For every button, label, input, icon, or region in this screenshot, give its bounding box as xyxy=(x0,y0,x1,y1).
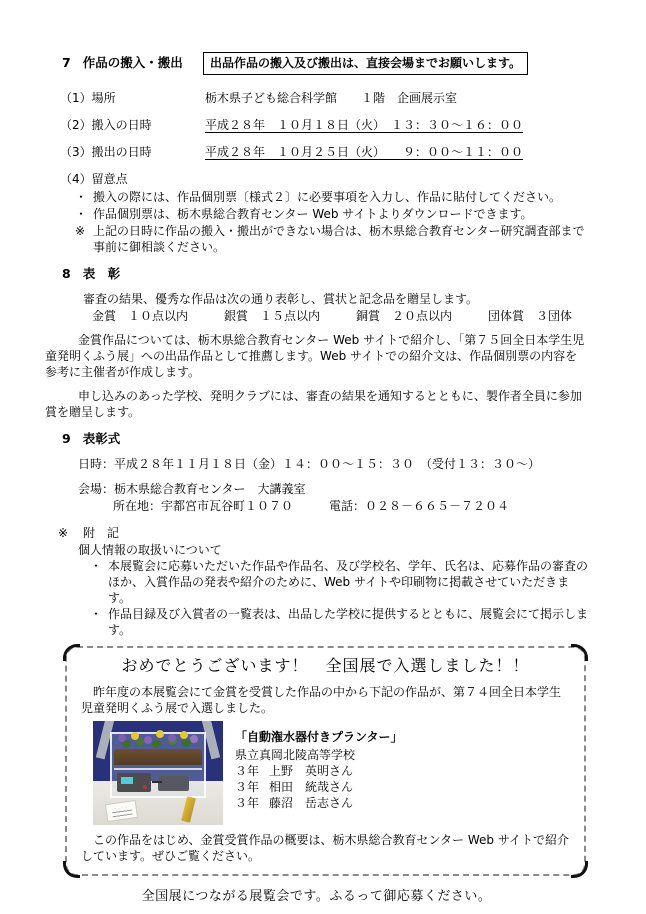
appendix-section: ※ 附 記 個人情報の取扱いについて ・ 本展覧会に応募いただいた作品や作品名、… xyxy=(45,525,588,638)
bullet-marker: ・ xyxy=(90,558,108,606)
appendix-title: 附 記 xyxy=(83,525,119,541)
planter-soil xyxy=(114,749,202,765)
box-corner-decoration xyxy=(63,644,80,661)
bullet-marker: ・ xyxy=(75,189,93,205)
member-row: ３年 相田 統哉さん xyxy=(235,779,403,795)
congratulations-box: おめでとうございます！ 全国展で入選しました！！ 昨年度の本展覧会にて金賞を受賞… xyxy=(65,646,586,876)
row-carry-in-value: 平成２８年 １０月１８日（火） １３：３０～１６：００ xyxy=(205,117,523,133)
row-carry-in: （2）搬入の日時 平成２８年 １０月１８日（火） １３：３０～１６：００ xyxy=(45,117,588,133)
ceremony-venue: 会場：栃木県総合教育センター 大講義室 xyxy=(78,481,588,497)
device-led xyxy=(143,785,147,789)
closing-message: 全国展につながる展覧会です。ふるって御応募ください。 xyxy=(45,889,588,905)
bullet-marker: ・ xyxy=(75,206,93,222)
note-item: ・ 作品個別票は、栃木県総合教育センター Web サイトよりダウンロードできます… xyxy=(75,206,588,222)
member-name: 相田 統哉さん xyxy=(269,779,353,795)
winning-work-row: 「自動潅水器付きプランター」 県立真岡北陵高等学校 ３年 上野 英明さん ３年 … xyxy=(93,721,570,825)
awards-counts: 金賞 １０点以内 銀賞 １５点以内 銅賞 ２０点以内 団体賞 ３団体 xyxy=(92,308,588,324)
note-item: ※ 上記の日時に作品の搬入・搬出ができない場合は、栃木県総合教育センター研究調査… xyxy=(75,223,588,255)
appendix-bullet: ・ 作品目録及び入賞者の一覧表は、出品した学校に提供するとともに、展覧会にて掲示… xyxy=(90,606,588,638)
congratulations-intro: 昨年度の本展覧会にて金賞を受賞した作品の中から下記の作品が、第７４回全日本学生児… xyxy=(81,684,570,716)
section-7-number: 7 xyxy=(62,55,71,71)
privacy-subtitle: 個人情報の取扱いについて xyxy=(78,542,588,558)
row-carry-out: （3）搬出の日時 平成２８年 １０月２５日（火） ９：００～１１：００ xyxy=(45,144,588,160)
member-grade: ３年 xyxy=(235,795,269,811)
participation-award-paragraph: 申し込みのあった学校、発明クラブには、審査の結果を通知するとともに、製作者全員に… xyxy=(45,388,588,420)
section-9-title: 表彰式 xyxy=(83,431,121,447)
member-name: 藤沼 岳志さん xyxy=(269,795,353,811)
section-8-title: 表 彰 xyxy=(83,266,121,282)
reference-marker: ※ xyxy=(75,223,93,255)
note-text: 搬入の際には、作品個別票〔様式２〕に必要事項を入力し、作品に貼付してください。 xyxy=(93,189,588,205)
section-7-delivery: 7 作品の搬入・搬出 出品作品の搬入及び搬出は、直接会場までお願いします。 （1… xyxy=(45,52,588,255)
awards-intro: 審査の結果、優秀な作品は次の通り表彰し、賞状と記念品を贈呈します。 xyxy=(83,291,588,307)
row-carry-out-value: 平成２８年 １０月２５日（火） ９：００～１１：００ xyxy=(205,144,523,160)
section-9-number: 9 xyxy=(62,431,71,447)
pansy-flowers xyxy=(118,734,126,742)
section-7-header-row: 7 作品の搬入・搬出 出品作品の搬入及び搬出は、直接会場までお願いします。 xyxy=(45,52,588,75)
device-cable xyxy=(152,781,162,783)
winning-work-info: 「自動潅水器付きプランター」 県立真岡北陵高等学校 ３年 上野 英明さん ３年 … xyxy=(235,721,403,825)
section-7-heading: 7 作品の搬入・搬出 xyxy=(62,52,203,71)
bullet-marker: ・ xyxy=(90,606,108,638)
work-title: 「自動潅水器付きプランター」 xyxy=(235,729,403,745)
row-carry-out-label: （3）搬出の日時 xyxy=(60,144,205,160)
section-8-heading: 8 表 彰 xyxy=(62,266,588,282)
box-corner-decoration xyxy=(571,861,588,878)
member-row: ３年 藤沼 岳志さん xyxy=(235,795,403,811)
winning-work-photo xyxy=(93,721,223,825)
section-9-heading: 9 表彰式 xyxy=(62,431,588,447)
gold-award-paragraph: 金賞作品については、栃木県総合教育センター Web サイトで紹介し、「第７５回全… xyxy=(45,332,588,380)
school-name: 県立真岡北陵高等学校 xyxy=(235,747,403,763)
row-carry-in-label: （2）搬入の日時 xyxy=(60,117,205,133)
ceremony-address-phone: 所在地：宇都宮市瓦谷町１０７０ 電話：０２８－６６５－７２０４ xyxy=(113,498,588,514)
section-7-title: 作品の搬入・搬出 xyxy=(83,55,183,71)
section-9-ceremony: 9 表彰式 日時：平成２８年１１月１８日（金）１４：００～１５：３０ （受付１３… xyxy=(45,431,588,514)
planter-divider xyxy=(114,768,202,770)
member-row: ３年 上野 英明さん xyxy=(235,763,403,779)
note-text: 作品個別票は、栃木県総合教育センター Web サイトよりダウンロードできます。 xyxy=(93,206,588,222)
delivery-notice-box: 出品作品の搬入及び搬出は、直接会場までお願いします。 xyxy=(203,52,528,75)
member-grade: ３年 xyxy=(235,763,269,779)
note-item: ・ 搬入の際には、作品個別票〔様式２〕に必要事項を入力し、作品に貼付してください… xyxy=(75,189,588,205)
appendix-heading: ※ 附 記 xyxy=(58,525,588,541)
member-name: 上野 英明さん xyxy=(269,763,353,779)
appendix-bullet-text: 作品目録及び入賞者の一覧表は、出品した学校に提供するとともに、展覧会にて掲示しま… xyxy=(108,606,588,638)
appendix-bullet: ・ 本展覧会に応募いただいた作品や作品名、及び学校名、学年、氏名は、応募作品の審… xyxy=(90,558,588,606)
box-corner-decoration xyxy=(63,861,80,878)
section-8-awards: 8 表 彰 審査の結果、優秀な作品は次の通り表彰し、賞状と記念品を贈呈します。 … xyxy=(45,266,588,420)
notes-label: （4）留意点 xyxy=(60,171,588,187)
appendix-bullet-text: 本展覧会に応募いただいた作品や作品名、及び学校名、学年、氏名は、応募作品の審査の… xyxy=(108,558,588,606)
watering-device xyxy=(117,773,151,792)
document-page: 7 作品の搬入・搬出 出品作品の搬入及び搬出は、直接会場までお願いします。 （1… xyxy=(0,0,646,914)
ceremony-datetime: 日時：平成２８年１１月１８日（金）１４：００～１５：３０ （受付１３：３０～） xyxy=(78,456,588,472)
row-location-label: （1）場所 xyxy=(60,90,205,106)
congratulations-outro: この作品をはじめ、金賞受賞作品の概要は、栃木県総合教育センター Web サイトで… xyxy=(81,832,570,864)
acrylic-planter-box xyxy=(110,732,206,798)
water-pump xyxy=(158,776,189,791)
reference-marker: ※ xyxy=(58,525,83,541)
note-text: 上記の日時に作品の搬入・搬出ができない場合は、栃木県総合教育センター研究調査部ま… xyxy=(93,223,588,255)
member-grade: ３年 xyxy=(235,779,269,795)
section-8-number: 8 xyxy=(62,266,71,282)
device-screen xyxy=(121,777,133,784)
row-location: （1）場所 栃木県子ども総合科学館 １階 企画展示室 xyxy=(45,90,588,106)
box-corner-decoration xyxy=(571,644,588,661)
row-location-value: 栃木県子ども総合科学館 １階 企画展示室 xyxy=(205,90,457,106)
congratulations-title: おめでとうございます！ 全国展で入選しました！！ xyxy=(81,656,570,676)
